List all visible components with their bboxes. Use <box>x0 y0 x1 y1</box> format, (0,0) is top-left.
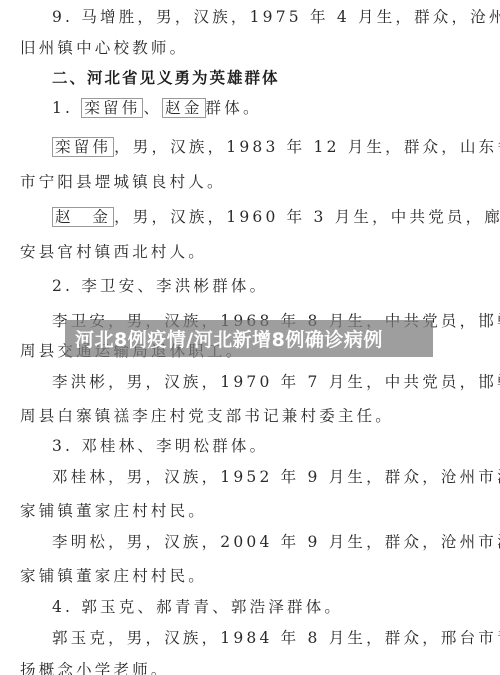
group-title: 3. 邓桂林、李明松群体。 <box>0 436 500 456</box>
text-line: 9. 马增胜，男，汉族，1975 年 4 月生，群众，沧州市沧县 <box>0 7 500 27</box>
group-suffix: 群体。 <box>206 99 262 117</box>
text-line: 郭玉克，男，汉族，1984 年 8 月生，群众，邢台市青华浩 <box>0 628 500 648</box>
text-line: 家铺镇董家庄村村民。 <box>0 501 500 521</box>
text-line: 李洪彬，男，汉族，1970 年 7 月生，中共党员，邯郸市曲 <box>0 372 500 392</box>
text-line: 赵 金，男，汉族，1960 年 3 月生，中共党员，廊坊市固 <box>0 207 500 227</box>
title-overlay-banner: 河北8例疫情/河北新增8例确诊病例 <box>65 320 433 357</box>
item-number: 1. <box>52 99 81 117</box>
highlighted-name: 赵金 <box>162 98 205 118</box>
group-title: 1. 栾留伟、赵金群体。 <box>0 98 500 118</box>
group-title: 4. 郭玉克、郝青青、郭浩泽群体。 <box>0 597 500 617</box>
highlighted-name: 栾留伟 <box>81 98 143 118</box>
highlighted-name: 赵 金 <box>52 207 114 227</box>
section-heading: 二、河北省见义勇为英雄群体 <box>0 68 500 88</box>
text-line: 邓桂林，男，汉族，1952 年 9 月生，群众，沧州市沧县汪 <box>0 467 500 487</box>
person-details: ，男，汉族，1960 年 3 月生，中共党员，廊坊市固 <box>114 208 500 226</box>
text-line: 安县官村镇西北村人。 <box>0 242 500 262</box>
overlay-title: 河北8例疫情/河北新增8例确诊病例 <box>75 325 383 352</box>
text-line: 家铺镇董家庄村村民。 <box>0 566 500 586</box>
separator: 、 <box>143 99 162 117</box>
person-details: ，男，汉族，1983 年 12 月生，群众，山东省泰安 <box>114 138 500 156</box>
text-line: 栾留伟，男，汉族，1983 年 12 月生，群众，山东省泰安 <box>0 137 500 157</box>
highlighted-name: 栾留伟 <box>52 137 114 157</box>
text-line: 市宁阳县堽城镇良村人。 <box>0 172 500 192</box>
text-line: 扬概念小学老师。 <box>0 660 500 675</box>
text-line: 周县白寨镇禚李庄村党支部书记兼村委主任。 <box>0 406 500 426</box>
text-line: 旧州镇中心校教师。 <box>0 38 500 58</box>
group-title: 2. 李卫安、李洪彬群体。 <box>0 276 500 296</box>
text-line: 李明松，男，汉族，2004 年 9 月生，群众，沧州市沧县汪 <box>0 532 500 552</box>
